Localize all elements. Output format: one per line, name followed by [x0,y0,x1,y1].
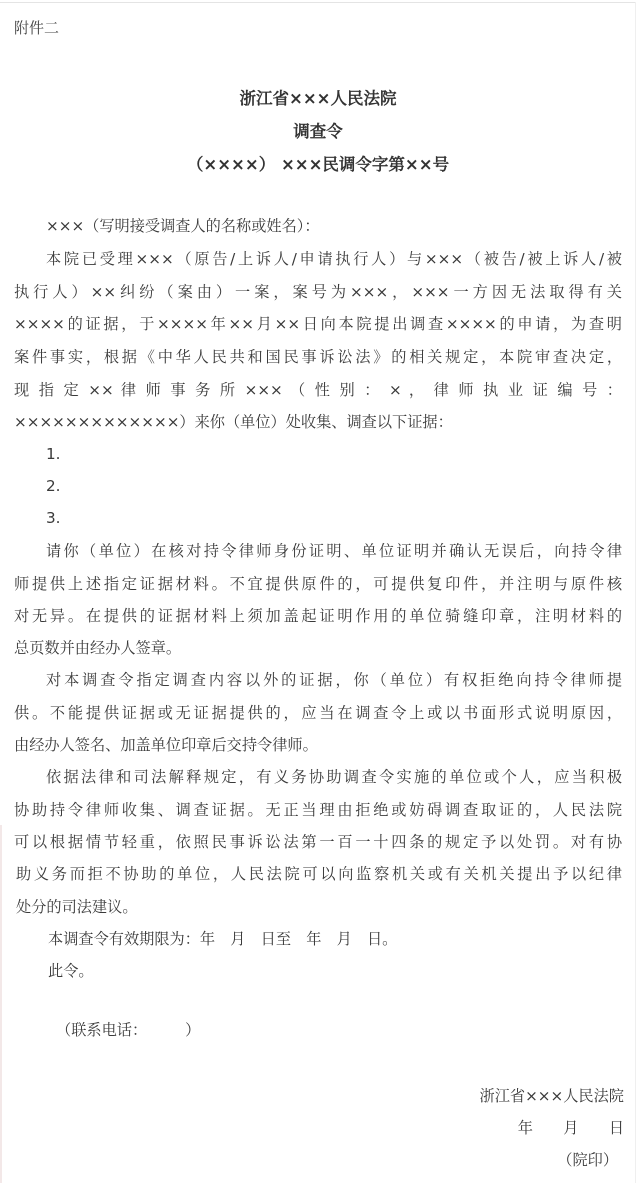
paragraph-1-line: ×××××××××××××）来你（单位）处收集、调查以下证据： [14,412,453,432]
paragraph-1-line: ××××的证据，于××××年××月××日向本院提出调查××××的申请，为查明 [14,314,622,334]
paragraph-2-line: 总页数并由经办人签章。 [14,638,181,658]
paragraph-1-line: 执行人）××纠纷（案由）一案，案号为×××，×××一方因无法取得有关 [14,282,622,302]
addressee-line: ×××（写明接受调查人的名称或姓名）： [46,216,320,236]
paragraph-3-line: 供。不能提供证据或无证据提供的，应当在调查令上或以书面形式说明原因， [14,703,622,723]
paragraph-2-line: 对无异。在提供的证据材料上须加盖起证明作用的单位骑缝印章，注明材料的 [14,606,622,626]
court-title: 浙江省×××人民法院 [0,85,636,109]
document-type-title: 调查令 [0,118,636,142]
evidence-item: 3. [46,508,61,528]
paragraph-1-line: 现 指 定 ×× 律 师 事 务 所 ××× （ 性 别 ： × ， 律 师 执… [14,380,622,400]
paragraph-3-line: 对本调查令指定调查内容以外的证据，你（单位）有权拒绝向持令律师提 [46,670,622,690]
paragraph-3-line: 由经办人签名、加盖单位印章后交持令律师。 [14,735,318,755]
validity-period-line: 本调查令有效期限为：年 月 日至 年 月 日。 [48,929,397,949]
signature-date: 年 月 日 [518,1117,624,1138]
signature-court: 浙江省×××人民法院 [480,1085,625,1106]
page-edge-line [635,2,636,1183]
contact-phone-line: （联系电话： ） [56,1020,200,1040]
paragraph-4-line: 依据法律和司法解释规定，有义务协助调查令实施的单位或个人，应当积极 [46,767,622,787]
paragraph-4-line: 处分的司法建议。 [16,897,138,917]
attachment-label: 附件二 [14,18,59,38]
paragraph-1-line: 本院已受理×××（原告/上诉人/申请执行人）与×××（被告/被上诉人/被 [46,249,622,269]
closing-line: 此令。 [48,961,94,981]
paragraph-1-line: 案件事实，根据《中华人民共和国民事诉讼法》的相关规定，本院审查决定， [14,347,622,367]
evidence-item: 1. [46,444,61,464]
court-seal-label: （院印） [557,1149,618,1170]
paragraph-2-line: 请你（单位）在核对持令律师身份证明、单位证明并确认无误后，向持令律 [46,541,622,561]
page-edge-line [0,825,2,1183]
paragraph-4-line: 协助持令律师收集、调查证据。无正当理由拒绝或妨碍调查取证的，人民法院 [14,800,622,820]
paragraph-2-line: 师提供上述指定证据材料。不宜提供原件的，可提供复印件，并注明与原件核 [14,574,622,594]
document-number: （××××） ×××民调令字第××号 [0,151,636,175]
paragraph-4-line: 助义务而拒不协助的单位，人民法院可以向监察机关或有关机关提出予以纪律 [16,864,622,884]
evidence-item: 2. [46,476,61,496]
paragraph-4-line: 可以根据情节轻重，依照民事诉讼法第一百一十四条的规定予以处罚。对有协 [14,832,622,852]
